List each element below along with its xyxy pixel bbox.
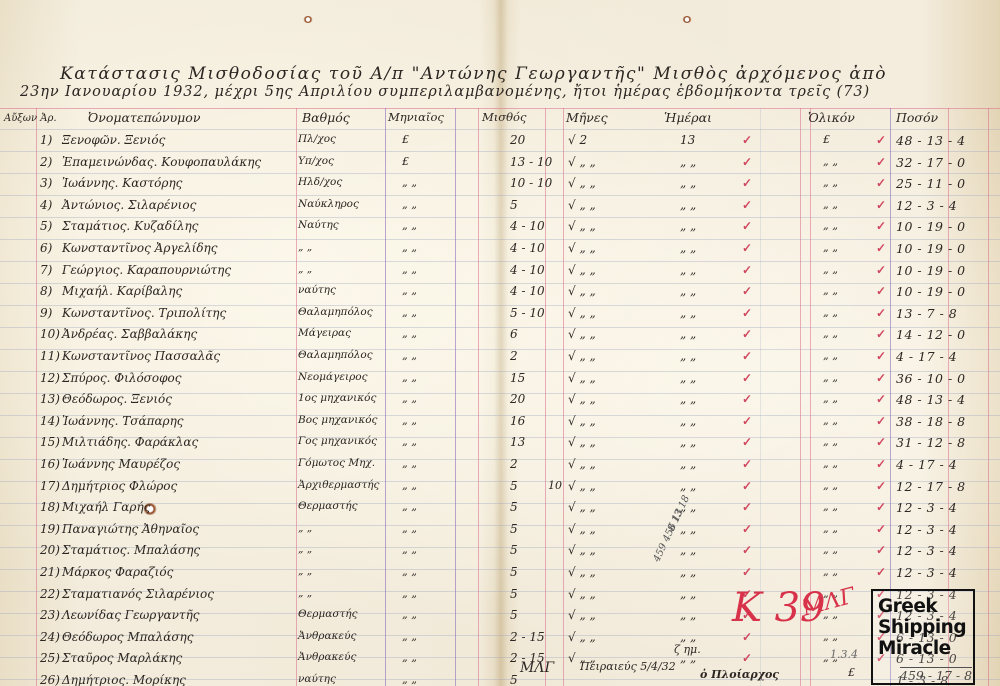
cell-name: Κωνσταντῖνος Ἀργελίδης xyxy=(62,241,217,255)
cell-monthly: „ „ xyxy=(402,241,417,254)
cell-days: 13 xyxy=(680,133,695,147)
cell-months: √ „ „ xyxy=(568,198,596,212)
cell-monthly: „ „ xyxy=(402,457,417,470)
checkmark-icon: ✓ xyxy=(876,327,886,341)
cell-amount: 12 - 3 - 4 xyxy=(896,543,996,558)
cell-num: 14) xyxy=(40,414,60,428)
cell-wage: 20 xyxy=(510,392,560,406)
cell-days: „ „ xyxy=(680,155,696,169)
watermark-line: Shipping xyxy=(873,617,973,638)
checkmark-icon: ✓ xyxy=(742,371,752,385)
checkmark-icon: ✓ xyxy=(876,500,886,514)
cell-rank: „ „ xyxy=(298,587,312,599)
cell-rank: Γόμωτος Μηχ. xyxy=(298,457,375,469)
checkmark-icon: ✓ xyxy=(876,263,886,277)
header-amount: Ποσόν xyxy=(896,110,938,125)
cell-amount: 10 - 19 - 0 xyxy=(896,284,996,299)
cell-num: 3) xyxy=(40,176,52,190)
cell-rank: 1ος μηχανικός xyxy=(298,392,376,404)
header-months: Μῆνες xyxy=(566,110,608,125)
checkmark-icon: ✓ xyxy=(876,349,886,363)
cell-wage: 20 xyxy=(510,133,560,147)
cell-num: 23) xyxy=(40,608,60,622)
cell-amount: 10 - 19 - 0 xyxy=(896,241,996,256)
cell-amount: 48 - 13 - 4 xyxy=(896,392,996,407)
cell-months: √ „ „ xyxy=(568,284,596,298)
cell-amount: 31 - 12 - 8 xyxy=(896,435,996,450)
cell-days: „ „ xyxy=(680,608,696,622)
cell-name: Ἰωάννης Μαυρέζος xyxy=(62,457,180,471)
cell-name: Ξενοφῶν. Ξενιός xyxy=(62,133,165,147)
cell-months: √ „ „ xyxy=(568,392,596,406)
cell-wage: 2 xyxy=(510,457,560,471)
captain-signature: ὁ Πλοίαρχος xyxy=(700,668,779,681)
cell-total: „ „ xyxy=(823,543,838,556)
cell-amount: 12 - 17 - 8 xyxy=(896,479,996,494)
cell-total: „ „ xyxy=(823,241,838,254)
cell-name: Θεόδωρος. Ξενιός xyxy=(62,392,172,406)
table-row: 2)Ἐπαμεινώνδας. ΚουφοπαυλάκηςΥπ/χος£13 -… xyxy=(0,153,1000,175)
cell-num: 8) xyxy=(40,284,52,298)
cell-rank: „ „ xyxy=(298,263,312,275)
header-rule xyxy=(0,108,1000,109)
checkmark-icon: ✓ xyxy=(742,457,752,471)
cell-name: Μιχαήλ. Καρίβαλης xyxy=(62,284,182,298)
checkmark-icon: ✓ xyxy=(876,479,886,493)
cell-monthly: „ „ xyxy=(402,587,417,600)
checkmark-icon: ✓ xyxy=(742,349,752,363)
cell-days: „ „ xyxy=(680,371,696,385)
cell-num: 19) xyxy=(40,522,60,536)
cell-wage: 5 xyxy=(510,522,560,536)
cell-amount: 12 - 3 - 4 xyxy=(896,198,996,213)
cell-amount: 10 - 19 - 0 xyxy=(896,219,996,234)
cell-rank: Βος μηχανικός xyxy=(298,414,377,426)
cell-rank: Ἀνθρακεύς xyxy=(298,651,356,663)
cell-name: Σταῦρος Μαρλάκης xyxy=(62,651,182,665)
cell-days: „ „ xyxy=(680,414,696,428)
cell-months: √ „ „ xyxy=(568,630,596,644)
table-row: 20)Σταμάτιος. Μπαλάσης„ „„ „5√ „ „„ „„ „… xyxy=(0,541,1000,563)
checkmark-icon: ✓ xyxy=(876,219,886,233)
cell-rank: Νεομάγειρος xyxy=(298,371,367,383)
cell-wage: 5 xyxy=(510,565,560,579)
table-row: 1)Ξενοφῶν. ΞενιόςΠλ/χος£20√ 213£48 - 13 … xyxy=(0,131,1000,153)
checkmark-icon: ✓ xyxy=(876,371,886,385)
cell-rank: Θαλαμηπόλος xyxy=(298,306,373,318)
cell-wage: 5 xyxy=(510,608,560,622)
cell-amount: 38 - 18 - 8 xyxy=(896,414,996,429)
header-name: Ὀνοματεπώνυμον xyxy=(88,110,200,125)
cell-amount: 12 - 3 - 4 xyxy=(896,522,996,537)
footer-initials: ΜΛΓ xyxy=(520,660,554,676)
cell-months: √ „ „ xyxy=(568,155,596,169)
cell-monthly: „ „ xyxy=(402,306,417,319)
table-row: 5)Σταμάτιος. ΚυζαδίληςΝαύτης„ „4 - 10√ „… xyxy=(0,217,1000,239)
table-row: 7)Γεώργιος. Καραπουρνιώτης„ „„ „4 - 10√ … xyxy=(0,261,1000,283)
table-row: 11)Κωνσταντῖνος ΠασσαλᾶςΘαλαμηπόλος„ „2√… xyxy=(0,347,1000,369)
header-total: Ὁλικόν xyxy=(808,110,855,125)
footer-place-date: Πειραιεύς 5/4/32 xyxy=(580,660,676,673)
checkmark-icon: ✓ xyxy=(742,327,752,341)
cell-rank: Ἀρχιθερμαστής xyxy=(298,479,379,491)
cell-days: „ „ xyxy=(680,522,696,536)
table-row: 10)Ἀνδρέας. ΣαββαλάκηςΜάγειρας„ „6√ „ „„… xyxy=(0,325,1000,347)
cell-monthly: „ „ xyxy=(402,565,417,578)
table-row: 4)Ἀντώνιος. ΣιλαρένιοςΝαύκληρος„ „5√ „ „… xyxy=(0,196,1000,218)
cell-months: √ „ „ xyxy=(568,587,596,601)
checkmark-icon: ✓ xyxy=(876,176,886,190)
checkmark-icon: ✓ xyxy=(876,543,886,557)
cell-rank: Ηλδ/χος xyxy=(298,176,342,188)
cell-monthly: „ „ xyxy=(402,500,417,513)
cell-total: „ „ xyxy=(823,500,838,513)
cell-days: „ „ xyxy=(680,176,696,190)
checkmark-icon: ✓ xyxy=(742,284,752,298)
cell-monthly: „ „ xyxy=(402,479,417,492)
cell-amount: 13 - 7 - 8 xyxy=(896,306,996,321)
header-serial: Αὔξων Ἀρ. xyxy=(4,113,57,124)
cell-months: √ „ „ xyxy=(568,500,596,514)
checkmark-icon: ✓ xyxy=(742,435,752,449)
cell-rank: „ „ xyxy=(298,543,312,555)
cell-total: „ „ xyxy=(823,630,838,643)
checkmark-icon: ✓ xyxy=(876,392,886,406)
cell-rank: ναύτης xyxy=(298,284,336,296)
cell-months: √ „ „ xyxy=(568,522,596,536)
table-row: 16)Ἰωάννης ΜαυρέζοςΓόμωτος Μηχ.„ „2√ „ „… xyxy=(0,455,1000,477)
cell-num: 25) xyxy=(40,651,60,665)
cell-months: √ 2 xyxy=(568,133,587,147)
cell-months: √ „ „ xyxy=(568,414,596,428)
cell-monthly: „ „ xyxy=(402,608,417,621)
watermark-line: Miracle xyxy=(873,638,973,659)
cell-num: 5) xyxy=(40,219,52,233)
cell-days: „ „ xyxy=(680,306,696,320)
document-title: Κατάστασις Μισθοδοσίας τοῦ Α/π "Αντώνης … xyxy=(60,64,887,84)
header-monthly: Μηνιαῖος xyxy=(388,110,444,124)
cell-total: „ „ xyxy=(823,284,838,297)
cell-rank: Ναύκληρος xyxy=(298,198,359,210)
cell-monthly: „ „ xyxy=(402,176,417,189)
cell-monthly: „ „ xyxy=(402,219,417,232)
cell-num: 13) xyxy=(40,392,60,406)
cell-total: „ „ xyxy=(823,522,838,535)
cell-wage: 5 - 10 xyxy=(510,306,560,320)
cell-days: „ „ xyxy=(680,198,696,212)
cell-rank: ναύτης xyxy=(298,673,336,685)
cell-num: 18) xyxy=(40,500,60,514)
cell-months: √ „ „ xyxy=(568,608,596,622)
cell-amount: 32 - 17 - 0 xyxy=(896,155,996,170)
cell-total: „ „ xyxy=(823,198,838,211)
checkmark-icon: ✓ xyxy=(742,630,752,644)
cell-wage: 13 xyxy=(510,435,560,449)
cell-rank: Μάγειρας xyxy=(298,327,351,339)
cell-num: 7) xyxy=(40,263,52,277)
cell-total: „ „ xyxy=(823,263,838,276)
cell-num: 17) xyxy=(40,479,60,493)
cell-num: 4) xyxy=(40,198,52,212)
cell-rank: Θερμαστής xyxy=(298,500,357,512)
cell-amount: 12 - 3 - 4 xyxy=(896,565,996,580)
cell-total: „ „ xyxy=(823,392,838,405)
cell-total: £ xyxy=(823,133,830,146)
cell-name: Σταμάτιος. Μπαλάσης xyxy=(62,543,200,557)
cell-name: Δημήτριος. Μορίκης xyxy=(62,673,186,686)
cell-months: √ „ „ xyxy=(568,565,596,579)
checkmark-icon: ✓ xyxy=(742,219,752,233)
cell-num: 15) xyxy=(40,435,60,449)
cell-monthly: „ „ xyxy=(402,414,417,427)
cell-name: Σπύρος. Φιλόσοφος xyxy=(62,371,181,385)
cell-days: „ „ xyxy=(680,284,696,298)
checkmark-icon: ✓ xyxy=(742,651,752,665)
cell-monthly: „ „ xyxy=(402,630,417,643)
cell-name: Δημήτριος Φλώρος xyxy=(62,479,177,493)
cell-days: „ „ xyxy=(680,543,696,557)
table-row: 13)Θεόδωρος. Ξενιός1ος μηχανικός„ „20√ „… xyxy=(0,390,1000,412)
cell-days: „ „ xyxy=(680,457,696,471)
burn-hole xyxy=(303,16,313,23)
cell-months: √ „ „ xyxy=(568,349,596,363)
cell-name: Θεόδωρος Μπαλάσης xyxy=(62,630,193,644)
table-row: 12)Σπύρος. ΦιλόσοφοςΝεομάγειρος„ „15√ „ … xyxy=(0,369,1000,391)
cell-wage: 4 - 10 xyxy=(510,241,560,255)
cell-rank: „ „ xyxy=(298,522,312,534)
checkmark-icon: ✓ xyxy=(742,198,752,212)
header-days: Ἡμέραι xyxy=(664,110,712,125)
cell-num: 26) xyxy=(40,673,60,686)
cell-num: 11) xyxy=(40,349,60,363)
cell-num: 24) xyxy=(40,630,60,644)
cell-wage: 10 - 10 xyxy=(510,176,560,190)
checkmark-icon: ✓ xyxy=(742,500,752,514)
cell-months: √ „ „ xyxy=(568,306,596,320)
table-row: 18)Μιχαήλ ΓαρήςΘερμαστής„ „5√ „ „„ „„ „1… xyxy=(0,498,1000,520)
cell-wage: 2 xyxy=(510,349,560,363)
cell-amount: 36 - 10 - 0 xyxy=(896,371,996,386)
cell-wage: 6 xyxy=(510,327,560,341)
checkmark-icon: ✓ xyxy=(876,522,886,536)
cell-days: „ „ xyxy=(680,219,696,233)
checkmark-icon: ✓ xyxy=(876,155,886,169)
cell-months: √ „ „ xyxy=(568,457,596,471)
cell-monthly: £ xyxy=(402,155,409,168)
cell-wage-extra: 10 xyxy=(548,479,562,492)
cell-rank: Γος μηχανικός xyxy=(298,435,377,447)
checkmark-icon: ✓ xyxy=(876,457,886,471)
checkmark-icon: ✓ xyxy=(742,479,752,493)
cell-amount: 4 - 17 - 4 xyxy=(896,457,996,472)
checkmark-icon: ✓ xyxy=(742,543,752,557)
cell-name: Ἰωάννης. Τσάπαρης xyxy=(62,414,184,428)
cell-total: „ „ xyxy=(823,176,838,189)
table-row: 3)Ἰωάννης. ΚαστόρηςΗλδ/χος„ „10 - 10√ „ … xyxy=(0,174,1000,196)
cell-wage: 5 xyxy=(510,587,560,601)
cell-monthly: „ „ xyxy=(402,284,417,297)
cell-name: Ἐπαμεινώνδας. Κουφοπαυλάκης xyxy=(62,155,261,169)
footer-days-note: ζ ημ. xyxy=(674,643,701,656)
cell-wage: 2 - 15 xyxy=(510,630,560,644)
checkmark-icon: ✓ xyxy=(742,414,752,428)
cell-monthly: „ „ xyxy=(402,198,417,211)
cell-amount: 10 - 19 - 0 xyxy=(896,263,996,278)
cell-num: 21) xyxy=(40,565,60,579)
cell-days: „ „ xyxy=(680,327,696,341)
cell-name: Μάρκος Φαραζιός xyxy=(62,565,173,579)
cell-num: 6) xyxy=(40,241,52,255)
checkmark-icon: ✓ xyxy=(876,133,886,147)
cell-amount: 25 - 11 - 0 xyxy=(896,176,996,191)
cell-days: „ „ xyxy=(680,435,696,449)
checkmark-icon: ✓ xyxy=(876,198,886,212)
cell-wage: 5 xyxy=(510,198,560,212)
cell-rank: Ναύτης xyxy=(298,219,339,231)
cell-name: Λεωνίδας Γεωργαντῆς xyxy=(62,608,199,622)
checkmark-icon: ✓ xyxy=(742,306,752,320)
cell-months: √ „ „ xyxy=(568,176,596,190)
cell-rank: Υπ/χος xyxy=(298,155,334,167)
cell-total: „ „ xyxy=(823,414,838,427)
cell-rank: Θερμαστής xyxy=(298,608,357,620)
cell-months: √ „ „ xyxy=(568,241,596,255)
cell-name: Σταματιανός Σιλαρένιος xyxy=(62,587,214,601)
checkmark-icon: ✓ xyxy=(876,306,886,320)
cell-monthly: „ „ xyxy=(402,327,417,340)
checkmark-icon: ✓ xyxy=(742,565,752,579)
total-currency: £ xyxy=(848,666,855,679)
cell-total: „ „ xyxy=(823,565,838,578)
cell-amount: 48 - 13 - 4 xyxy=(896,133,996,148)
cell-rank: Ἀνθρακεύς xyxy=(298,630,356,642)
cell-monthly: „ „ xyxy=(402,371,417,384)
cell-num: 10) xyxy=(40,327,60,341)
checkmark-icon: ✓ xyxy=(742,522,752,536)
checkmark-icon: ✓ xyxy=(876,241,886,255)
cell-months: √ „ „ xyxy=(568,327,596,341)
header-wage: Μισθός xyxy=(482,110,526,124)
cell-name: Ἰωάννης. Καστόρης xyxy=(62,176,182,190)
cell-name: Ἀντώνιος. Σιλαρένιος xyxy=(62,198,196,212)
table-row: 14)Ἰωάννης. ΤσάπαρηςΒος μηχανικός„ „16√ … xyxy=(0,412,1000,434)
watermark-logo: Greek Shipping Miracle xyxy=(871,589,975,685)
table-row: 6)Κωνσταντῖνος Ἀργελίδης„ „„ „4 - 10√ „ … xyxy=(0,239,1000,261)
cell-monthly: „ „ xyxy=(402,349,417,362)
table-row: 19)Παναγιώτης Ἀθηναῖος„ „„ „5√ „ „„ „„ „… xyxy=(0,520,1000,542)
cell-wage: 5 xyxy=(510,500,560,514)
table-row: 15)Μιλτιάδης. ΦαράκλαςΓος μηχανικός„ „13… xyxy=(0,433,1000,455)
cell-total: „ „ xyxy=(823,155,838,168)
cell-days: „ „ xyxy=(680,392,696,406)
cell-num: 9) xyxy=(40,306,52,320)
cell-num: 16) xyxy=(40,457,60,471)
cell-wage: 4 - 10 xyxy=(510,219,560,233)
cell-total: „ „ xyxy=(823,327,838,340)
table-row: 8)Μιχαήλ. Καρίβαληςναύτης„ „4 - 10√ „ „„… xyxy=(0,282,1000,304)
cell-rank: Θαλαμηπόλος xyxy=(298,349,373,361)
cell-monthly: „ „ xyxy=(402,651,417,664)
cell-num: 20) xyxy=(40,543,60,557)
cell-months: √ „ „ xyxy=(568,371,596,385)
cell-monthly: „ „ xyxy=(402,522,417,535)
cell-days: „ „ xyxy=(680,630,696,644)
watermark-line: Greek xyxy=(873,596,973,617)
cell-num: 1) xyxy=(40,133,52,147)
document-subtitle: 23ην Ιανουαρίου 1932, μέχρι 5ης Απριλίου… xyxy=(20,84,870,100)
cell-monthly: £ xyxy=(402,133,409,146)
cell-months: √ „ „ xyxy=(568,263,596,277)
cell-months: √ „ „ xyxy=(568,219,596,233)
cell-name: Γεώργιος. Καραπουρνιώτης xyxy=(62,263,231,277)
cell-name: Μιχαήλ Γαρής xyxy=(62,500,150,514)
header-rank: Βαθμός xyxy=(302,110,350,125)
cell-num: 22) xyxy=(40,587,60,601)
cell-wage: 15 xyxy=(510,371,560,385)
checkmark-icon: ✓ xyxy=(742,392,752,406)
cell-name: Κωνσταντῖνος Πασσαλᾶς xyxy=(62,349,220,363)
checkmark-icon: ✓ xyxy=(742,133,752,147)
table-row: 21)Μάρκος Φαραζιός„ „„ „5√ „ „„ „„ „12 -… xyxy=(0,563,1000,585)
cell-monthly: „ „ xyxy=(402,543,417,556)
cell-days: „ „ xyxy=(680,587,696,601)
cell-wage: 4 - 10 xyxy=(510,284,560,298)
cell-months: √ „ „ xyxy=(568,435,596,449)
cell-total: „ „ xyxy=(823,371,838,384)
cell-name: Μιλτιάδης. Φαράκλας xyxy=(62,435,198,449)
table-row: 17)Δημήτριος ΦλώροςἈρχιθερμαστής„ „510√ … xyxy=(0,477,1000,499)
cell-total: „ „ xyxy=(823,457,838,470)
checkmark-icon: ✓ xyxy=(742,241,752,255)
cell-wage: 13 - 10 xyxy=(510,155,560,169)
cell-num: 12) xyxy=(40,371,60,385)
cell-days: „ „ xyxy=(680,263,696,277)
cell-amount: 14 - 12 - 0 xyxy=(896,327,996,342)
cell-total: „ „ xyxy=(823,306,838,319)
cell-monthly: „ „ xyxy=(402,435,417,448)
cell-rank: Πλ/χος xyxy=(298,133,336,145)
cell-name: Ἀνδρέας. Σαββαλάκης xyxy=(62,327,197,341)
cell-amount: 4 - 17 - 4 xyxy=(896,349,996,364)
cell-wage: 4 - 10 xyxy=(510,263,560,277)
cell-total: „ „ xyxy=(823,479,838,492)
ledger-page: Κατάστασις Μισθοδοσίας τοῦ Α/π "Αντώνης … xyxy=(0,0,1000,686)
checkmark-icon: ✓ xyxy=(742,263,752,277)
cell-total: „ „ xyxy=(823,219,838,232)
checkmark-icon: ✓ xyxy=(742,155,752,169)
cell-days: „ „ xyxy=(680,479,696,493)
checkmark-icon: ✓ xyxy=(742,176,752,190)
cell-monthly: „ „ xyxy=(402,392,417,405)
cell-wage: 16 xyxy=(510,414,560,428)
cell-amount: 12 - 3 - 4 xyxy=(896,500,996,515)
cell-rank: „ „ xyxy=(298,241,312,253)
cell-monthly: „ „ xyxy=(402,263,417,276)
checkmark-icon: ✓ xyxy=(876,284,886,298)
subtotal-note: 1.3.4 xyxy=(830,648,858,661)
cell-days: „ „ xyxy=(680,565,696,579)
cell-name: Παναγιώτης Ἀθηναῖος xyxy=(62,522,199,536)
table-row: 9)Κωνσταντῖνος. ΤριπολίτηςΘαλαμηπόλος„ „… xyxy=(0,304,1000,326)
cell-name: Σταμάτιος. Κυζαδίλης xyxy=(62,219,198,233)
cell-months: √ „ „ xyxy=(568,479,596,493)
cell-total: „ „ xyxy=(823,435,838,448)
checkmark-icon: ✓ xyxy=(876,414,886,428)
checkmark-icon: ✓ xyxy=(876,435,886,449)
burn-hole xyxy=(682,16,692,23)
cell-days: „ „ xyxy=(680,349,696,363)
table-row: 24)Θεόδωρος ΜπαλάσηςἈνθρακεύς„ „2 - 15√ … xyxy=(0,628,1000,650)
